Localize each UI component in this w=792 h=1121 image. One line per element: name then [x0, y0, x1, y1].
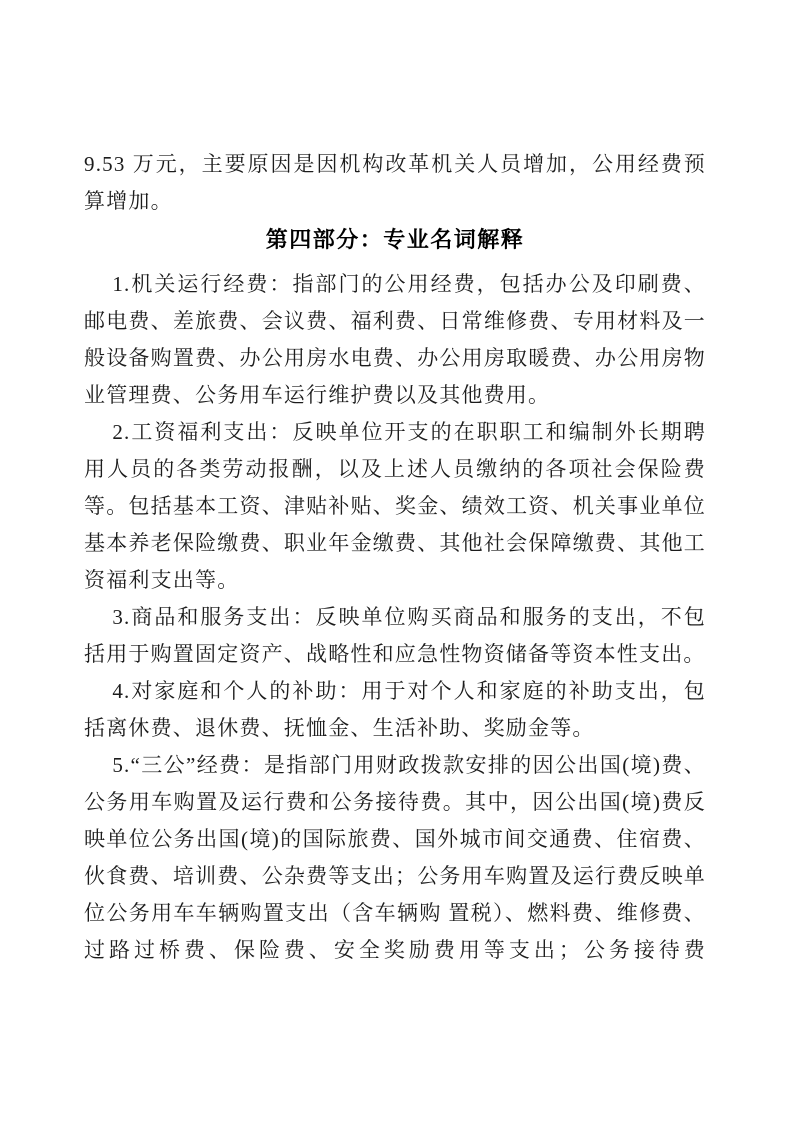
paragraph-term-three-public-funds: 5.“三公”经费：是指部门用财政拨款安排的因公出国(境)费、公务用车购置及运行费… [84, 747, 706, 969]
paragraph-term-family-subsidy: 4.对家庭和个人的补助：用于对个人和家庭的补助支出，包括离休费、退休费、抚恤金、… [84, 673, 706, 747]
paragraph-term-salary-welfare: 2.工资福利支出：反映单位开支的在职职工和编制外长期聘用人员的各类劳动报酬，以及… [84, 414, 706, 599]
document-page: 9.53 万元，主要原因是因机构改革机关人员增加，公用经费预算增加。 第四部分：… [0, 0, 792, 1121]
paragraph-term-operating-funds: 1.机关运行经费：指部门的公用经费，包括办公及印刷费、邮电费、差旅费、会议费、福… [84, 266, 706, 414]
paragraph-term-goods-services: 3.商品和服务支出：反映单位购买商品和服务的支出，不包括用于购置固定资产、战略性… [84, 599, 706, 673]
section-heading: 第四部分：专业名词解释 [84, 221, 706, 258]
paragraph-continuation: 9.53 万元，主要原因是因机构改革机关人员增加，公用经费预算增加。 [84, 146, 706, 220]
